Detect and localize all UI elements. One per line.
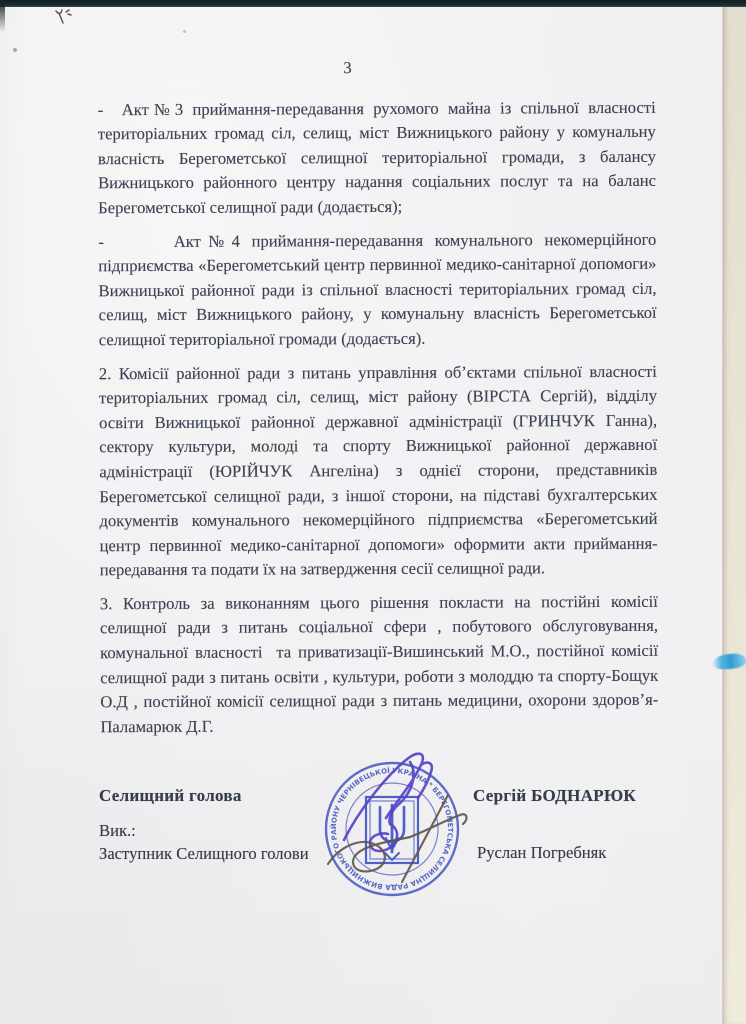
scanned-document-page: 3 - Акт№3 приймання-передавання рухомого… — [0, 0, 746, 1024]
pen-scratch-mark — [52, 8, 76, 28]
page-number: 3 — [97, 55, 655, 82]
paragraph-item-3: 3. Контроль за виконанням цього рішення … — [100, 590, 659, 740]
paragraph-act-4: - Акт№4 приймання-передавання комунально… — [98, 227, 657, 352]
deputy-title: Заступник Селищного голови — [99, 843, 309, 865]
dust-speck — [183, 30, 186, 33]
official-round-seal: УКРАЇНА * БЕРЕГОМЕТСЬКА СЕЛИЩНА РАДА ВИЖ… — [300, 740, 500, 910]
dust-speck — [13, 48, 17, 52]
executor-label: Вик.: — [99, 820, 136, 842]
document-body: 3 - Акт№3 приймання-передавання рухомого… — [97, 55, 658, 749]
signatory-title: Селищний голова — [99, 785, 242, 807]
scanner-edge-corner — [0, 0, 5, 32]
scanner-edge-top — [0, 0, 746, 7]
adjacent-page-strip — [722, 0, 746, 1024]
paragraph-item-2: 2. Комісії районної ради з питань управл… — [99, 359, 658, 583]
paragraph-act-3: - Акт№3 приймання-передавання рухомого м… — [98, 95, 657, 220]
